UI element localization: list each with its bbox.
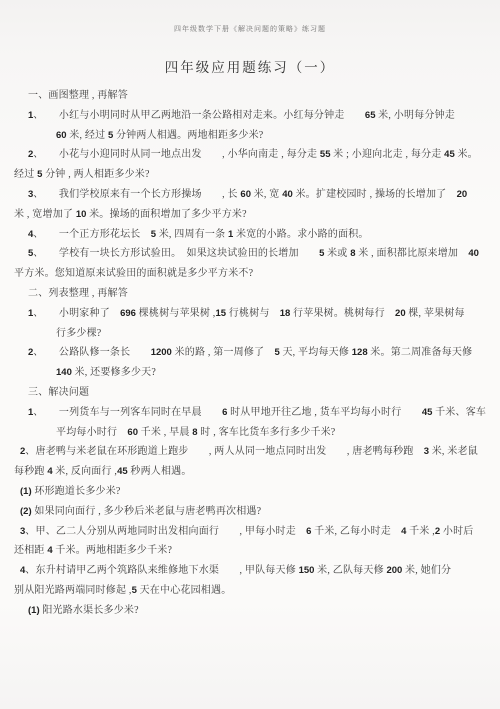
- worksheet-page-surface: 四年级数学下册《解决问题的策略》练习题 四年级应用题练习（一） 一、画图整理 ,…: [0, 0, 500, 709]
- worksheet-line: 一、画图整理 , 再解答: [0, 86, 500, 106]
- number-text: 20: [457, 189, 468, 200]
- number-text: 55: [320, 149, 331, 160]
- worksheet-line: 1、 小明家种了 696 棵桃树与苹果树 ,15 行桃树与 18 行苹果树。桃树…: [0, 304, 500, 324]
- number-text: 4: [47, 466, 52, 477]
- number-text: 60: [127, 427, 138, 438]
- number-text: 1: [228, 229, 233, 240]
- number-text: 2: [435, 526, 440, 537]
- number-text: 20: [395, 308, 406, 319]
- worksheet-line: 140 米, 还要修多少天?: [0, 363, 500, 383]
- number-text: 65: [365, 110, 376, 121]
- number-text: 6: [222, 407, 227, 418]
- number-text: 1: [28, 308, 33, 319]
- number-text: 4: [28, 229, 33, 240]
- worksheet-line: 行多少棵?: [0, 324, 500, 344]
- worksheet-line: 1、 一列货车与一列客车同时在早晨 6 时从甲地开往乙地 , 货车平均每小时行 …: [0, 403, 500, 423]
- worksheet-line: (1) 环形跑道长多少米?: [0, 482, 500, 502]
- document-header-text: 四年级数学下册《解决问题的策略》练习题: [0, 24, 500, 34]
- number-text: 200: [386, 565, 402, 576]
- number-text: 8: [350, 248, 355, 259]
- worksheet-line: 还相距 4 千米。两地相距多少千米?: [0, 541, 500, 561]
- number-text: 5: [274, 347, 279, 358]
- worksheet-line: 别从阳光路两端同时修起 ,5 天在中心花园相遇。: [0, 581, 500, 601]
- number-text: 6: [306, 526, 311, 537]
- worksheet-line: 2、 小花与小迎同时从同一地点出发 , 小华向南走 , 每分走 55 米 ; 小…: [0, 145, 500, 165]
- worksheet-line: 4、东升村请甲乙两个筑路队来维修地下水渠 , 甲队每天修 150 米, 乙队每天…: [0, 561, 500, 581]
- number-text: 40: [468, 248, 479, 259]
- worksheet-line: 3、甲、乙二人分别从两地同时出发相向面行 , 甲每小时走 6 千米, 乙每小时走…: [0, 522, 500, 542]
- worksheet-line: 平方米。您知道原来试验田的面积就是多少平方米不?: [0, 264, 500, 284]
- number-text: 2: [28, 149, 33, 160]
- worksheet-line: 每秒跑 4 米, 反向面行 ,45 秒两人相遇。: [0, 462, 500, 482]
- worksheet-line: (2) 如果同向面行 , 多少秒后米老鼠与唐老鸭再次相遇?: [0, 502, 500, 522]
- worksheet-line: 二、列表整理 , 再解答: [0, 284, 500, 304]
- number-text: 40: [282, 189, 293, 200]
- number-text: 5: [151, 229, 156, 240]
- number-text: 45: [422, 407, 433, 418]
- number-text: (1): [20, 486, 32, 497]
- worksheet-line: 三、解决问题: [0, 383, 500, 403]
- number-text: 8: [192, 427, 197, 438]
- number-text: 45: [444, 149, 455, 160]
- number-text: 5: [319, 248, 324, 259]
- number-text: 1: [28, 110, 33, 121]
- number-text: 45: [117, 466, 128, 477]
- number-text: 10: [76, 209, 87, 220]
- number-text: 3: [28, 189, 33, 200]
- number-text: 18: [280, 308, 291, 319]
- number-text: 128: [352, 347, 368, 358]
- number-text: 15: [215, 308, 226, 319]
- number-text: 4: [20, 565, 25, 576]
- number-text: (1): [28, 605, 40, 616]
- worksheet-line: 2、 公路队修一条长 1200 米的路 , 第一周修了 5 天, 平均每天修 1…: [0, 343, 500, 363]
- number-text: 150: [299, 565, 315, 576]
- number-text: 5: [37, 169, 42, 180]
- number-text: 2: [28, 347, 33, 358]
- worksheet-line: (1) 阳光路水渠长多少米?: [0, 601, 500, 621]
- worksheet-line: 60 米, 经过 5 分钟两人相遇。两地相距多少米?: [0, 126, 500, 146]
- page-title: 四年级应用题练习（一）: [0, 56, 500, 76]
- worksheet-page: { "page": { "header": "四年级数学下册《解决问题的策略》练…: [0, 0, 500, 709]
- number-text: 4: [401, 526, 406, 537]
- number-text: 3: [424, 446, 429, 457]
- number-text: 1: [28, 407, 33, 418]
- worksheet-line: 平均每小时行 60 千米 , 早晨 8 时 , 客车比货车多行多少千米?: [0, 423, 500, 443]
- number-text: 4: [47, 545, 52, 556]
- worksheet-line: 3、 我们学校原来有一个长方形操场 , 长 60 米, 宽 40 米。扩建校园时…: [0, 185, 500, 205]
- worksheet-line: 经过 5 分钟 , 两人相距多少米?: [0, 165, 500, 185]
- number-text: 696: [120, 308, 136, 319]
- worksheet-body: 一、画图整理 , 再解答1、 小红与小明同时从甲乙两地沿一条公路相对走来。小红每…: [0, 86, 500, 621]
- worksheet-line: 4、 一个正方形花坛长 5 米, 四周有一条 1 米宽的小路。求小路的面积。: [0, 225, 500, 245]
- number-text: 5: [28, 248, 33, 259]
- worksheet-line: 米 , 宽增加了 10 米。操场的面积增加了多少平方米?: [0, 205, 500, 225]
- worksheet-line: 5、 学校有一块长方形试验田。 如果这块试验田的长增加 5 米或 8 米 , 面…: [0, 244, 500, 264]
- number-text: 60: [240, 189, 251, 200]
- number-text: 3: [20, 526, 25, 537]
- worksheet-line: 2、唐老鸭与米老鼠在环形跑道上跑步 , 两人从同一地点同时出发 , 唐老鸭每秒跑…: [0, 442, 500, 462]
- number-text: 60: [56, 130, 67, 141]
- number-text: (2): [20, 506, 32, 517]
- number-text: 140: [56, 367, 72, 378]
- number-text: 5: [132, 585, 137, 596]
- worksheet-line: 1、 小红与小明同时从甲乙两地沿一条公路相对走来。小红每分钟走 65 米, 小明…: [0, 106, 500, 126]
- number-text: 5: [108, 130, 113, 141]
- number-text: 1200: [151, 347, 172, 358]
- number-text: 2: [20, 446, 25, 457]
